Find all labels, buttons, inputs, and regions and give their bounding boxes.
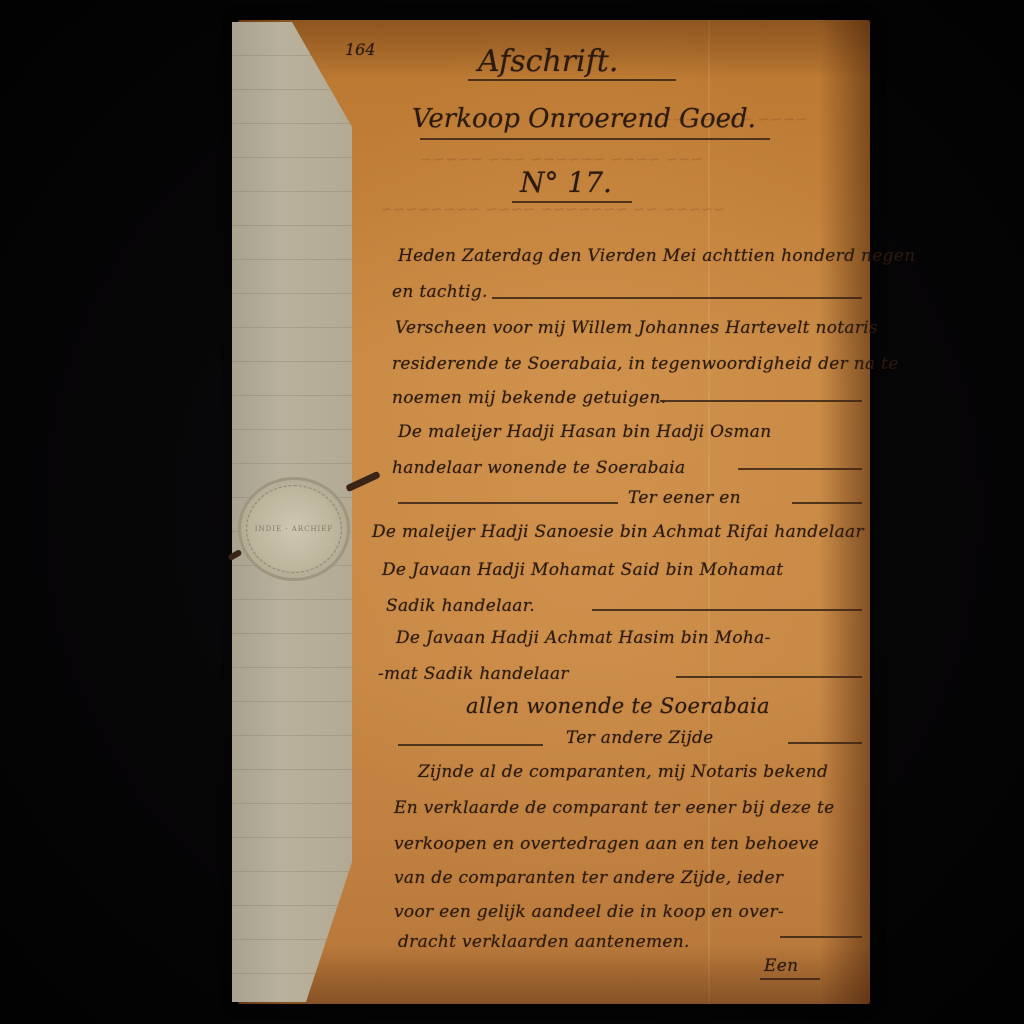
embossed-seal: INDIE · ARCHIEF	[238, 477, 350, 581]
body-line: verkoopen en overtedragen aan en ten beh…	[394, 834, 819, 854]
body-line: allen wonende te Soerabaia	[466, 694, 770, 718]
body-line: Ter eener en	[628, 488, 741, 508]
body-line: dracht verklaarden aantenemen.	[398, 932, 690, 952]
bleed-through-text: ~~~~~ ~~ ~~~~~~~ ~~~~ ~~~~~~~~	[380, 200, 726, 218]
photo-stage: ~~~ ~~~~ ~~~~~~ ~~~ ~~~~~ ~~~~~ ~~ ~~~~~…	[0, 0, 1024, 1024]
line-filler-rule	[660, 400, 862, 402]
body-line: en tachtig.	[392, 282, 488, 302]
catchword-underline	[760, 978, 820, 980]
line-filler-rule	[792, 502, 862, 504]
number-underline	[512, 201, 632, 203]
body-line: De Javaan Hadji Achmat Hasim bin Moha-	[396, 628, 771, 648]
seal-ring	[246, 485, 342, 573]
document-subtitle: Verkoop Onroerend Goed.	[412, 104, 756, 134]
line-filler-rule	[398, 502, 618, 504]
body-line: De Javaan Hadji Mohamat Said bin Mohamat	[382, 560, 783, 580]
body-line: Ter andere Zijde	[566, 728, 714, 748]
body-line: De maleijer Hadji Hasan bin Hadji Osman	[398, 422, 771, 442]
body-line: Heden Zaterdag den Vierden Mei achttien …	[398, 246, 915, 266]
body-line: noemen mij bekende getuigen.	[392, 388, 666, 408]
fold-crease	[708, 20, 710, 1004]
body-line: van de comparanten ter andere Zijde, ied…	[394, 868, 783, 888]
line-filler-rule	[780, 936, 862, 938]
body-line: Verscheen voor mij Willem Johannes Harte…	[395, 318, 878, 338]
subtitle-underline	[420, 138, 770, 140]
body-line: residerende te Soerabaia, in tegenwoordi…	[392, 354, 899, 374]
line-filler-rule	[492, 297, 862, 299]
line-filler-rule	[398, 744, 543, 746]
folio-mark: 164	[345, 40, 376, 59]
body-line: handelaar wonende te Soerabaia	[392, 458, 685, 478]
body-line: En verklaarde de comparant ter eener bij…	[394, 798, 834, 818]
document-title: Afschrift.	[478, 44, 618, 79]
line-filler-rule	[738, 468, 862, 470]
catchword: Een	[764, 956, 798, 976]
body-line: Sadik handelaar.	[386, 596, 535, 616]
body-line: Zijnde al de comparanten, mij Notaris be…	[418, 762, 828, 782]
title-underline	[468, 79, 676, 81]
line-filler-rule	[592, 609, 862, 611]
body-line: voor een gelijk aandeel die in koop en o…	[394, 902, 784, 922]
body-line: -mat Sadik handelaar	[378, 664, 569, 684]
line-filler-rule	[788, 742, 862, 744]
document-number: N° 17.	[520, 166, 612, 199]
line-filler-rule	[676, 676, 862, 678]
body-line: De maleijer Hadji Sanoesie bin Achmat Ri…	[372, 522, 864, 542]
